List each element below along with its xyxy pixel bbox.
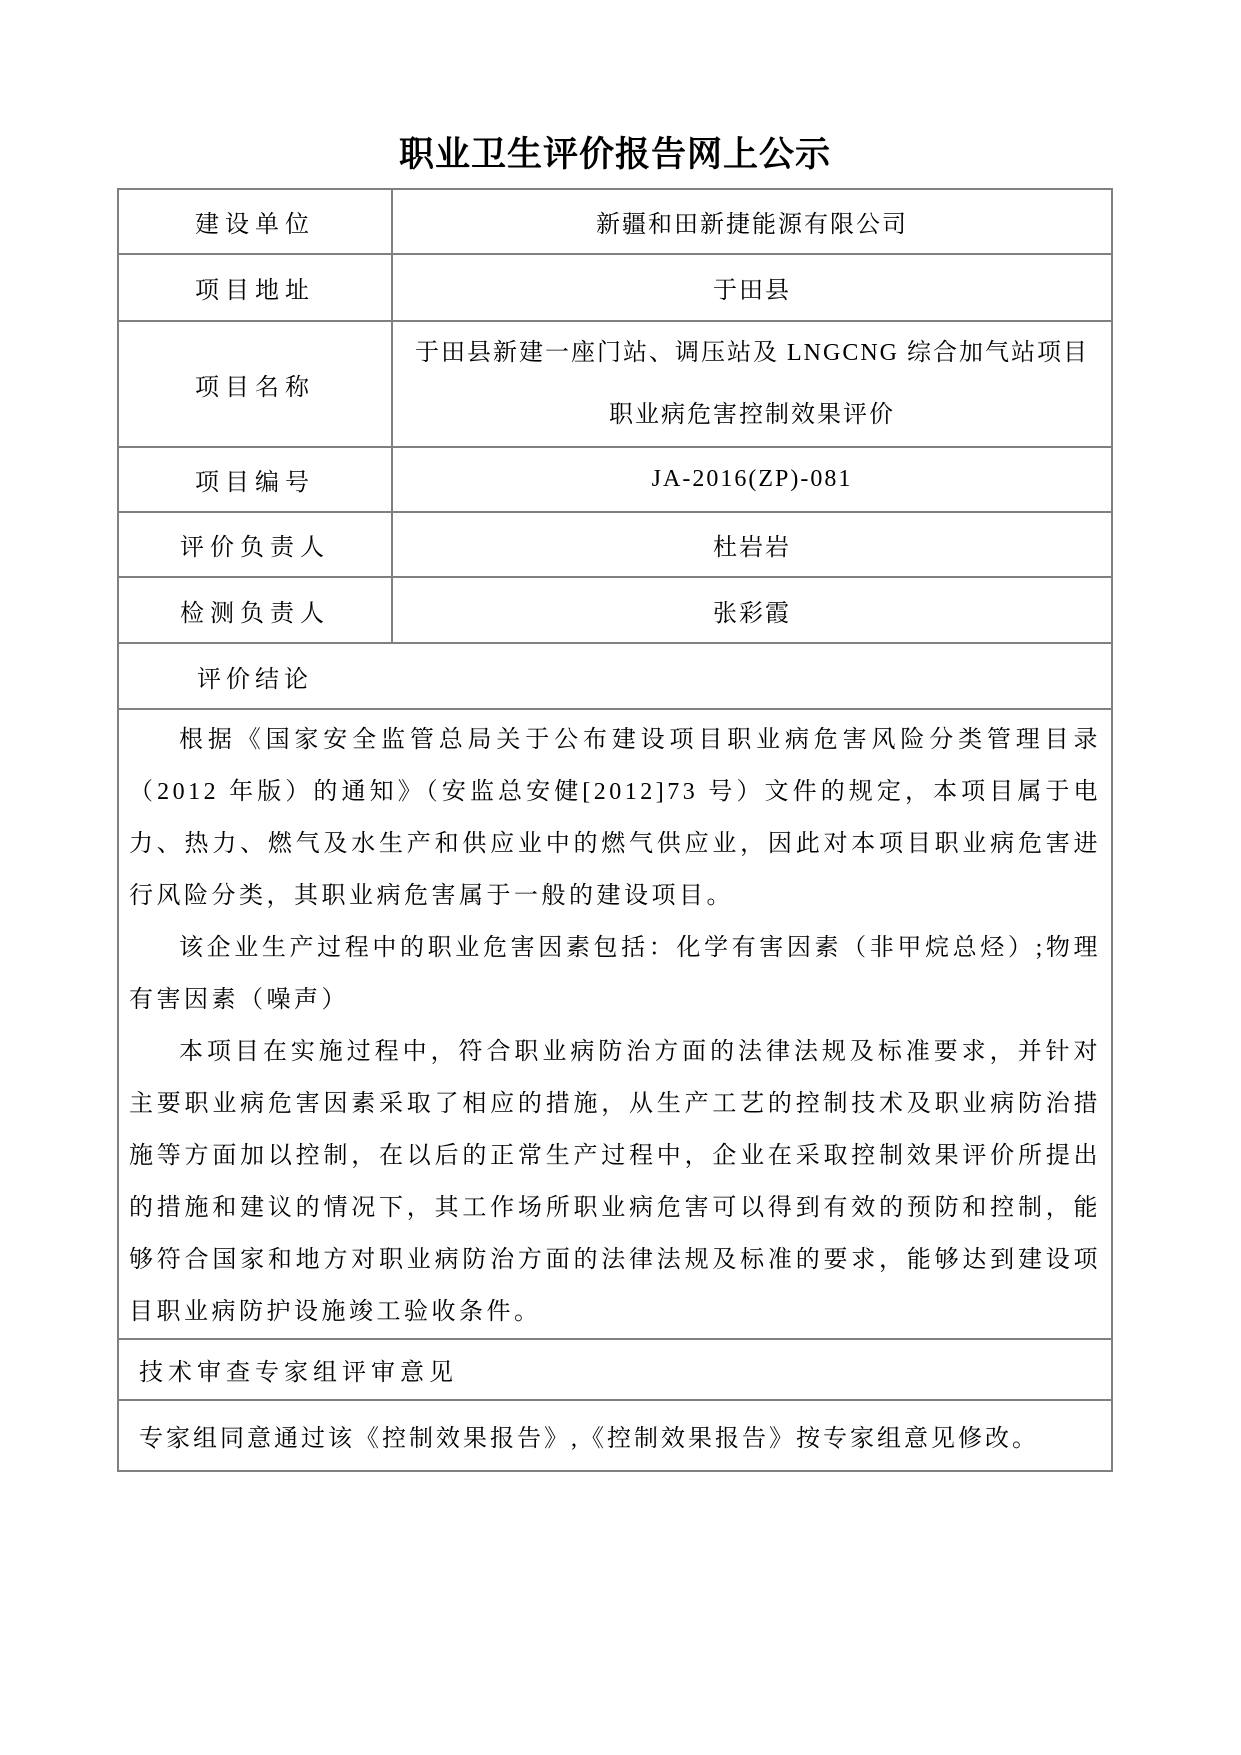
project-number-value: JA-2016(ZP)-081 [392, 447, 1112, 512]
row-conclusion-header: 评价结论 [118, 643, 1112, 709]
evaluation-lead-label: 评价负责人 [118, 512, 392, 577]
project-address-value: 于田县 [392, 254, 1112, 321]
conclusion-paragraph-3: 本项目在实施过程中，符合职业病防治方面的法律法规及标准要求，并针对主要职业病危害… [129, 1026, 1101, 1338]
testing-lead-label: 检测负责人 [118, 577, 392, 643]
project-name-label: 项目名称 [118, 321, 392, 447]
conclusion-paragraph-2: 该企业生产过程中的职业危害因素包括：化学有害因素（非甲烷总烃）;物理有害因素（噪… [129, 922, 1101, 1026]
expert-review-content: 专家组同意通过该《控制效果报告》,《控制效果报告》按专家组意见修改。 [118, 1400, 1112, 1471]
row-project-address: 项目地址 于田县 [118, 254, 1112, 321]
project-name-value: 于田县新建一座门站、调压站及 LNGCNG 综合加气站项目职业病危害控制效果评价 [392, 321, 1112, 447]
project-number-label: 项目编号 [118, 447, 392, 512]
conclusion-paragraph-1: 根据《国家安全监管总局关于公布建设项目职业病危害风险分类管理目录（2012 年版… [129, 714, 1101, 922]
conclusion-header-label: 评价结论 [118, 643, 1112, 709]
construction-unit-value: 新疆和田新捷能源有限公司 [392, 189, 1112, 254]
row-evaluation-lead: 评价负责人 杜岩岩 [118, 512, 1112, 577]
conclusion-body-cell: 根据《国家安全监管总局关于公布建设项目职业病危害风险分类管理目录（2012 年版… [118, 709, 1112, 1339]
row-construction-unit: 建设单位 新疆和田新捷能源有限公司 [118, 189, 1112, 254]
page-title: 职业卫生评价报告网上公示 [117, 127, 1113, 177]
row-project-number: 项目编号 JA-2016(ZP)-081 [118, 447, 1112, 512]
construction-unit-label: 建设单位 [118, 189, 392, 254]
row-conclusion-body: 根据《国家安全监管总局关于公布建设项目职业病危害风险分类管理目录（2012 年版… [118, 709, 1112, 1339]
row-testing-lead: 检测负责人 张彩霞 [118, 577, 1112, 643]
document-page: 职业卫生评价报告网上公示 建设单位 新疆和田新捷能源有限公司 项目地址 于田县 … [0, 0, 1241, 1755]
row-project-name: 项目名称 于田县新建一座门站、调压站及 LNGCNG 综合加气站项目职业病危害控… [118, 321, 1112, 447]
report-table: 建设单位 新疆和田新捷能源有限公司 项目地址 于田县 项目名称 于田县新建一座门… [117, 188, 1113, 1472]
row-expert-review-header: 技术审查专家组评审意见 [118, 1339, 1112, 1400]
project-address-label: 项目地址 [118, 254, 392, 321]
testing-lead-value: 张彩霞 [392, 577, 1112, 643]
expert-review-header-label: 技术审查专家组评审意见 [118, 1339, 1112, 1400]
row-expert-review-body: 专家组同意通过该《控制效果报告》,《控制效果报告》按专家组意见修改。 [118, 1400, 1112, 1471]
evaluation-lead-value: 杜岩岩 [392, 512, 1112, 577]
